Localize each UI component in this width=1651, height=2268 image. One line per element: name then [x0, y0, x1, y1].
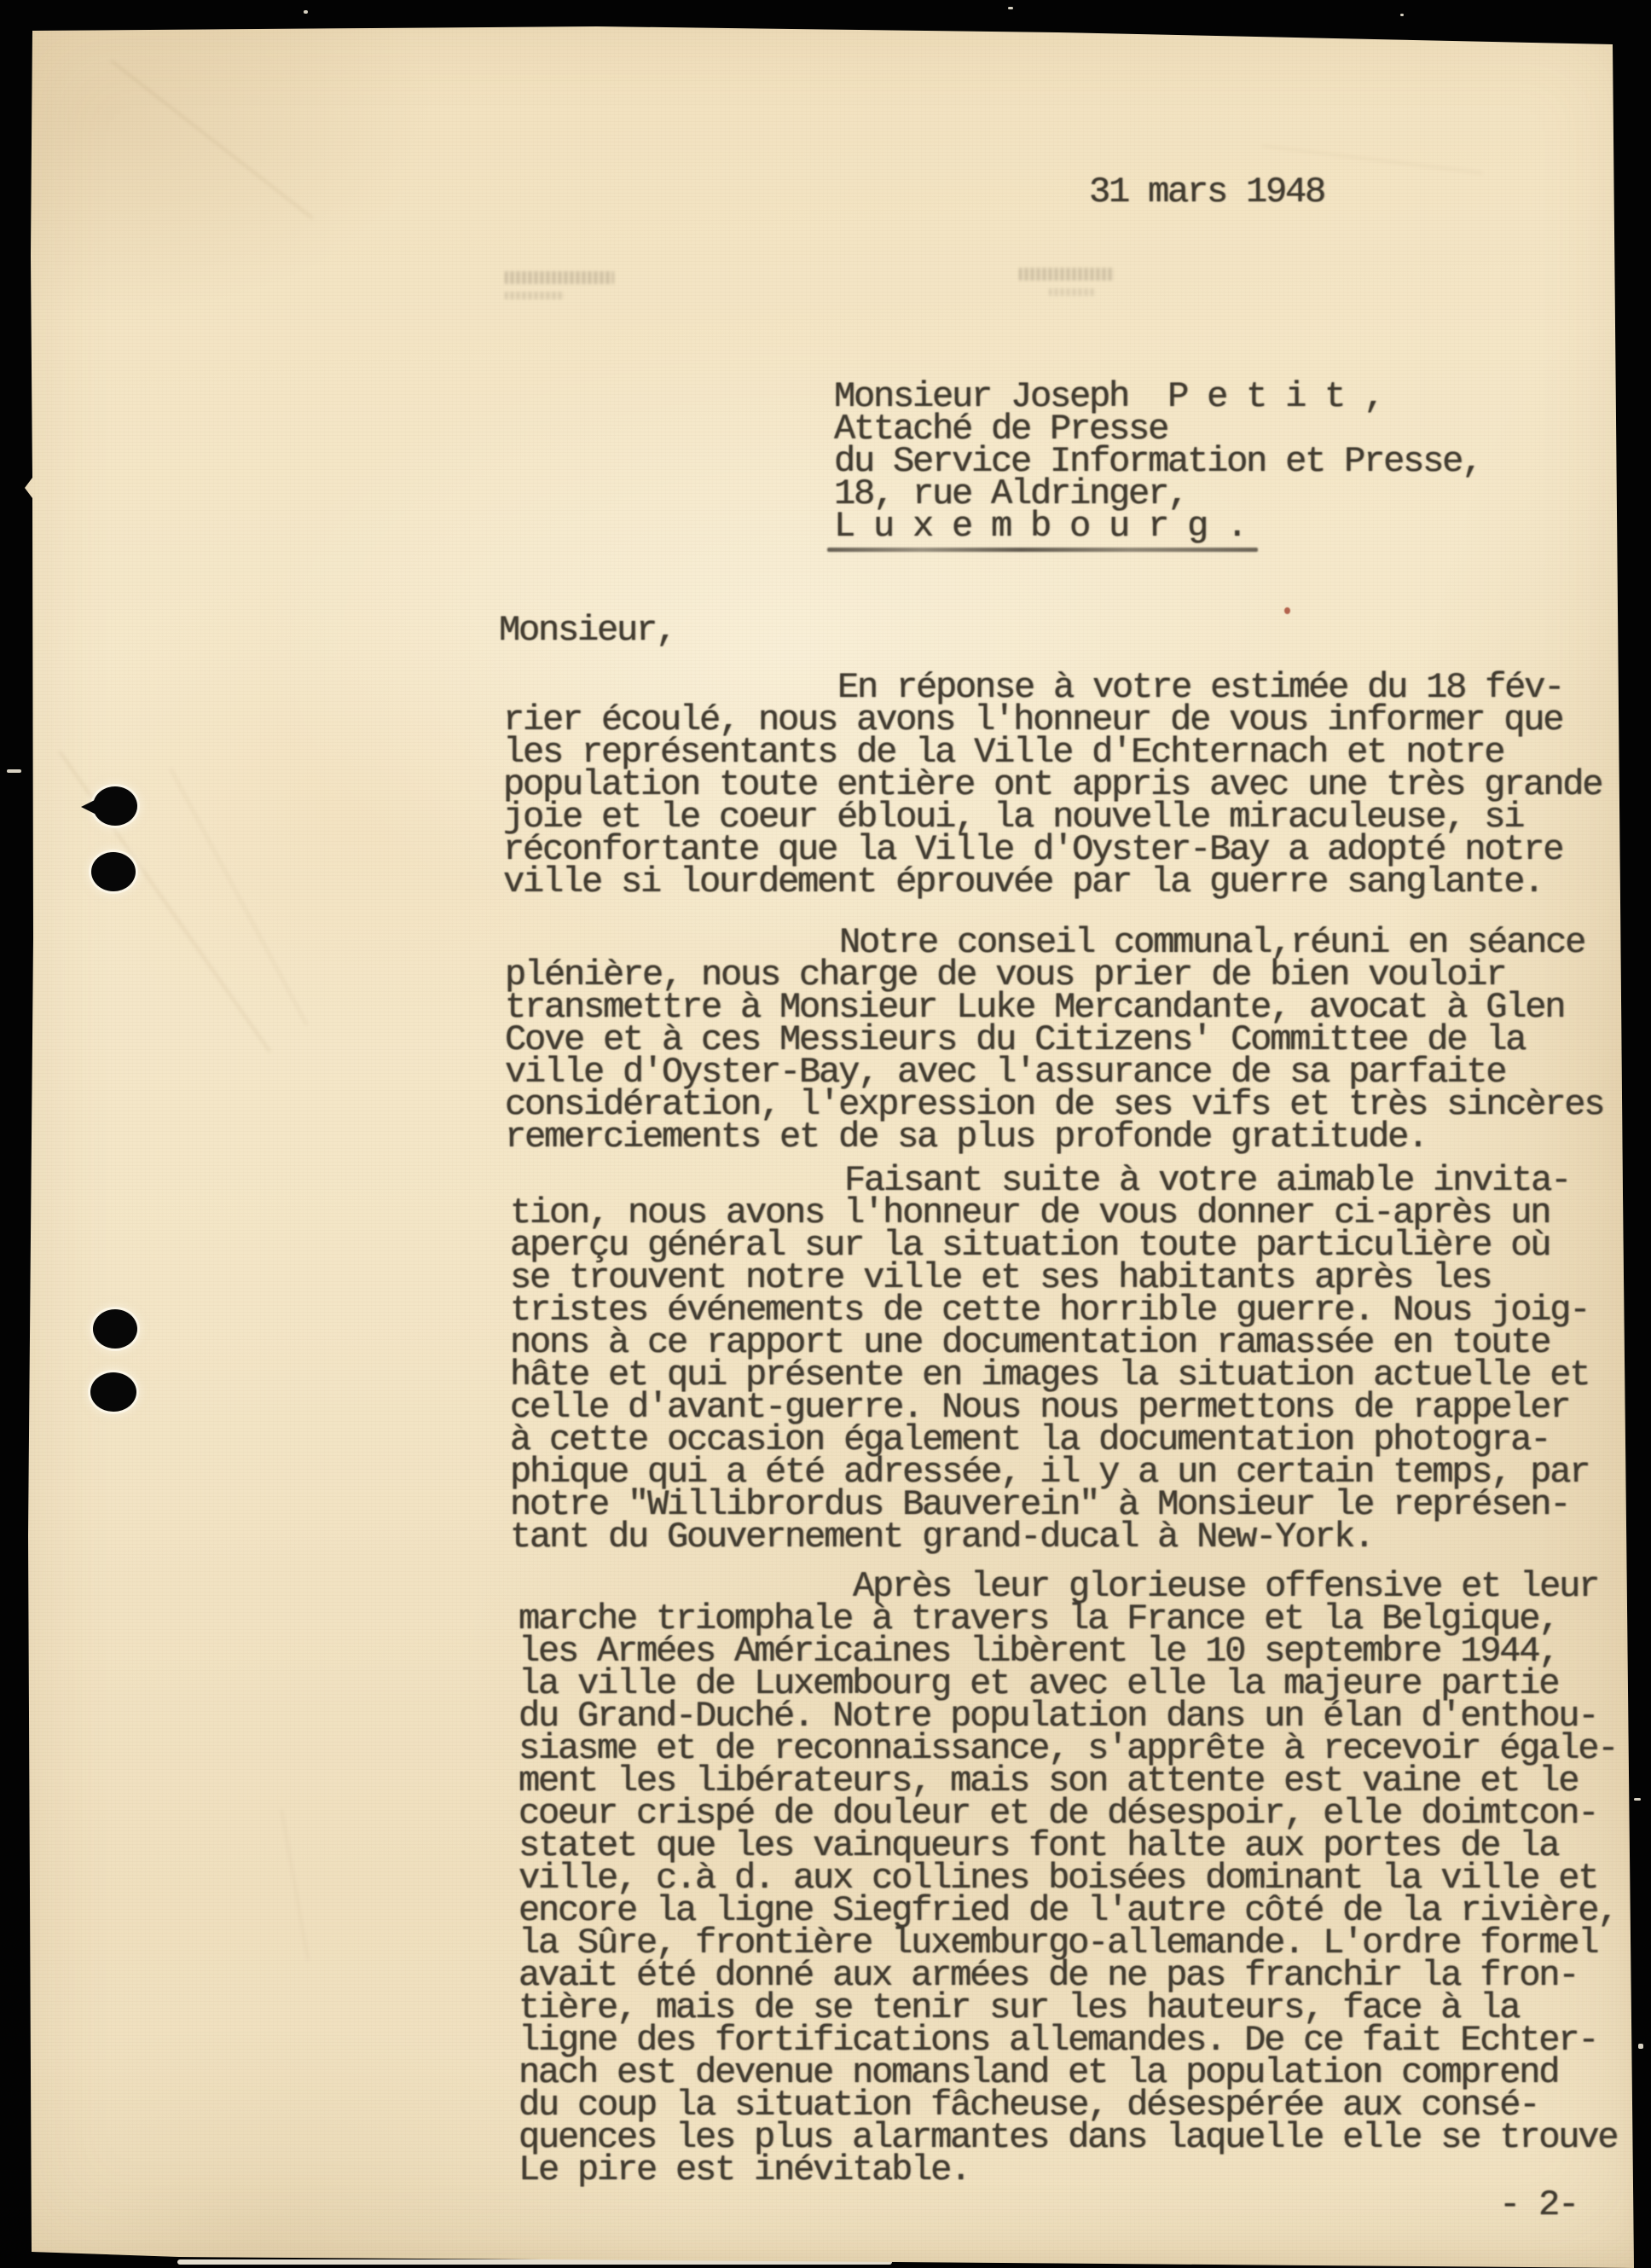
page-number: - 2-: [1499, 2189, 1578, 2221]
paragraph-1: En réponse à votre estimée du 18 fév- ri…: [503, 671, 1602, 898]
salutation: Monsieur,: [499, 614, 675, 647]
scan-bed-speck: [1400, 14, 1404, 16]
scan-bed-speck: [1008, 7, 1013, 9]
paragraph-3: Faisant suite à votre aimable invita- ti…: [510, 1164, 1589, 1553]
scan-bed-speck: [304, 10, 308, 14]
letter-paper-sheet: 31 mars 1948 Monsieur Joseph P e t i t ,…: [0, 0, 1651, 2268]
recipient-line-city: L u x e m b o u r g .: [834, 510, 1246, 542]
paragraph-4: Après leur glorieuse offensive et leur m…: [518, 1570, 1617, 2186]
scanned-letter-page: { "meta": { "kind": "scanned typewritten…: [0, 0, 1651, 2268]
paragraph-2: Notre conseil communal,réuni en séance p…: [505, 926, 1603, 1153]
city-underline-stroke: [827, 548, 1258, 552]
typescript-layer: 31 mars 1948 Monsieur Joseph P e t i t ,…: [0, 0, 1651, 2268]
letter-date: 31 mars 1948: [1089, 176, 1324, 208]
scan-bed-speck: [1634, 1798, 1641, 1801]
scan-bed-speck: [1638, 2044, 1643, 2049]
scan-bed-speck: [7, 769, 21, 773]
